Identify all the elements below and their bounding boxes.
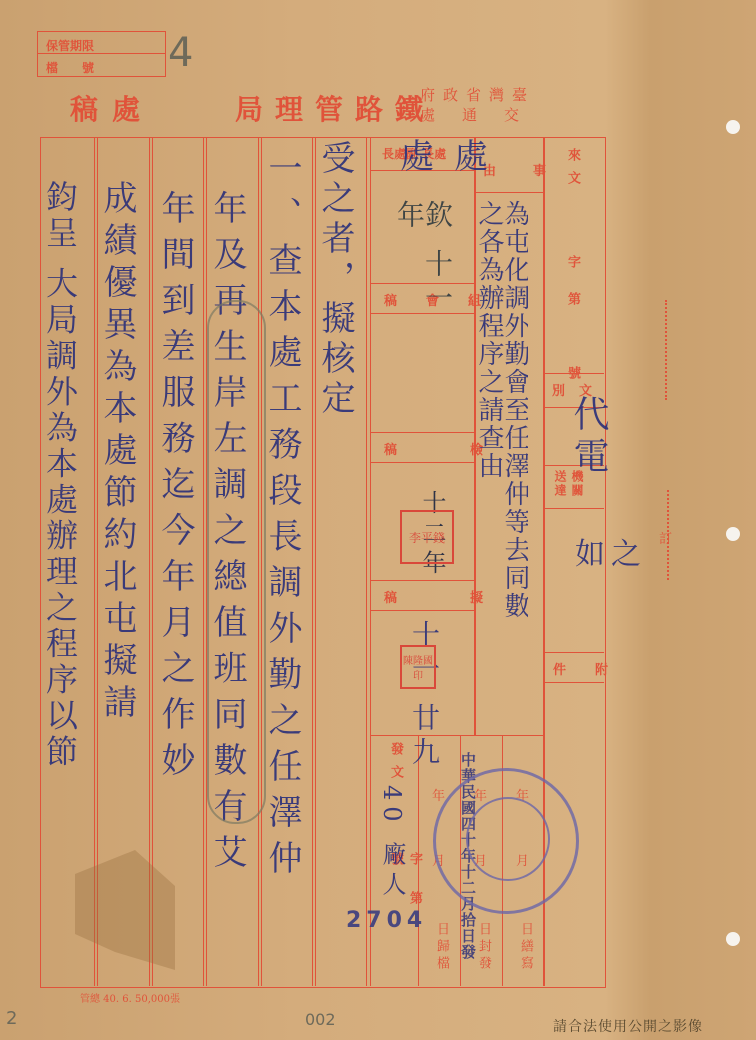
issue-serial-stamp: 2704 xyxy=(346,910,427,932)
page-number-mark: 002 xyxy=(305,1010,336,1029)
retention-label: 保管期限 xyxy=(46,37,94,54)
punch-hole-middle xyxy=(726,527,740,541)
attachment-label: 件 附 xyxy=(553,659,616,678)
subject-handwriting-col2: 為屯化調外勤會至任澤仲等去同數之各為辦程序之請查由 xyxy=(476,200,528,630)
pencil-mark: 4 xyxy=(168,30,193,76)
body-column-2: 一、查本處工務段長調外勤之任澤仲 xyxy=(265,150,299,970)
print-info: 管總 40. 6. 50,000張 xyxy=(80,990,180,1005)
postmark-inner-ring xyxy=(466,797,550,881)
issue-label: 發文 xyxy=(386,742,405,788)
draft-seal: 陳隆國印 xyxy=(400,645,436,689)
doc-type-handwriting: 代電 xyxy=(570,395,606,479)
file-number-label: 檔 號 xyxy=(46,59,94,76)
day-filed-label: 日歸檔 xyxy=(432,922,451,973)
countersign-handwriting: 欽 十一年 xyxy=(395,200,451,320)
body-column-4: 年間到差服務迄今年月之作妙 xyxy=(158,190,192,980)
day-copied-label: 日繕寫 xyxy=(516,922,535,973)
document-page: 訂 保管期限 檔 號 4 稿處 局理管路鐵 府政省灣臺 處 通 交 長處副 長處… xyxy=(0,0,756,1040)
recipient-handwriting: 如之 xyxy=(575,540,647,570)
body-column-5: 成績優異為本處節約北屯擬請 xyxy=(100,180,134,960)
binding-line-top xyxy=(665,300,667,400)
review-seal: 李平錢 xyxy=(400,510,454,564)
pencil-circle-annotation xyxy=(207,300,266,824)
draft-handwriting: 十一 廿九 xyxy=(410,620,438,771)
corner-mark: 2 xyxy=(6,1008,17,1029)
incoming-doc-label: 來文 xyxy=(563,148,582,194)
supervisor-signatures: 處處 xyxy=(400,140,508,174)
draft-office-title: 稿處 xyxy=(70,88,154,128)
punch-hole-bottom xyxy=(726,932,740,946)
agency-line1: 府政省灣臺 xyxy=(420,84,535,105)
body-column-6: 鈞呈 大局調外為本處辦理之程序以節 xyxy=(44,180,76,970)
body-column-1: 受之者，擬核定 xyxy=(318,140,352,560)
issue-number-handwriting: 40 廠人 xyxy=(380,785,404,901)
punch-hole-top xyxy=(726,120,740,134)
railway-bureau-title: 局理管路鐵 xyxy=(235,88,435,128)
year-label-1: 年 xyxy=(432,785,445,804)
agency-line2: 處 通 交 xyxy=(420,104,525,125)
watermark-notice: 請合法使用公開之影像 xyxy=(553,1016,703,1036)
binding-label: 訂 xyxy=(659,528,672,547)
